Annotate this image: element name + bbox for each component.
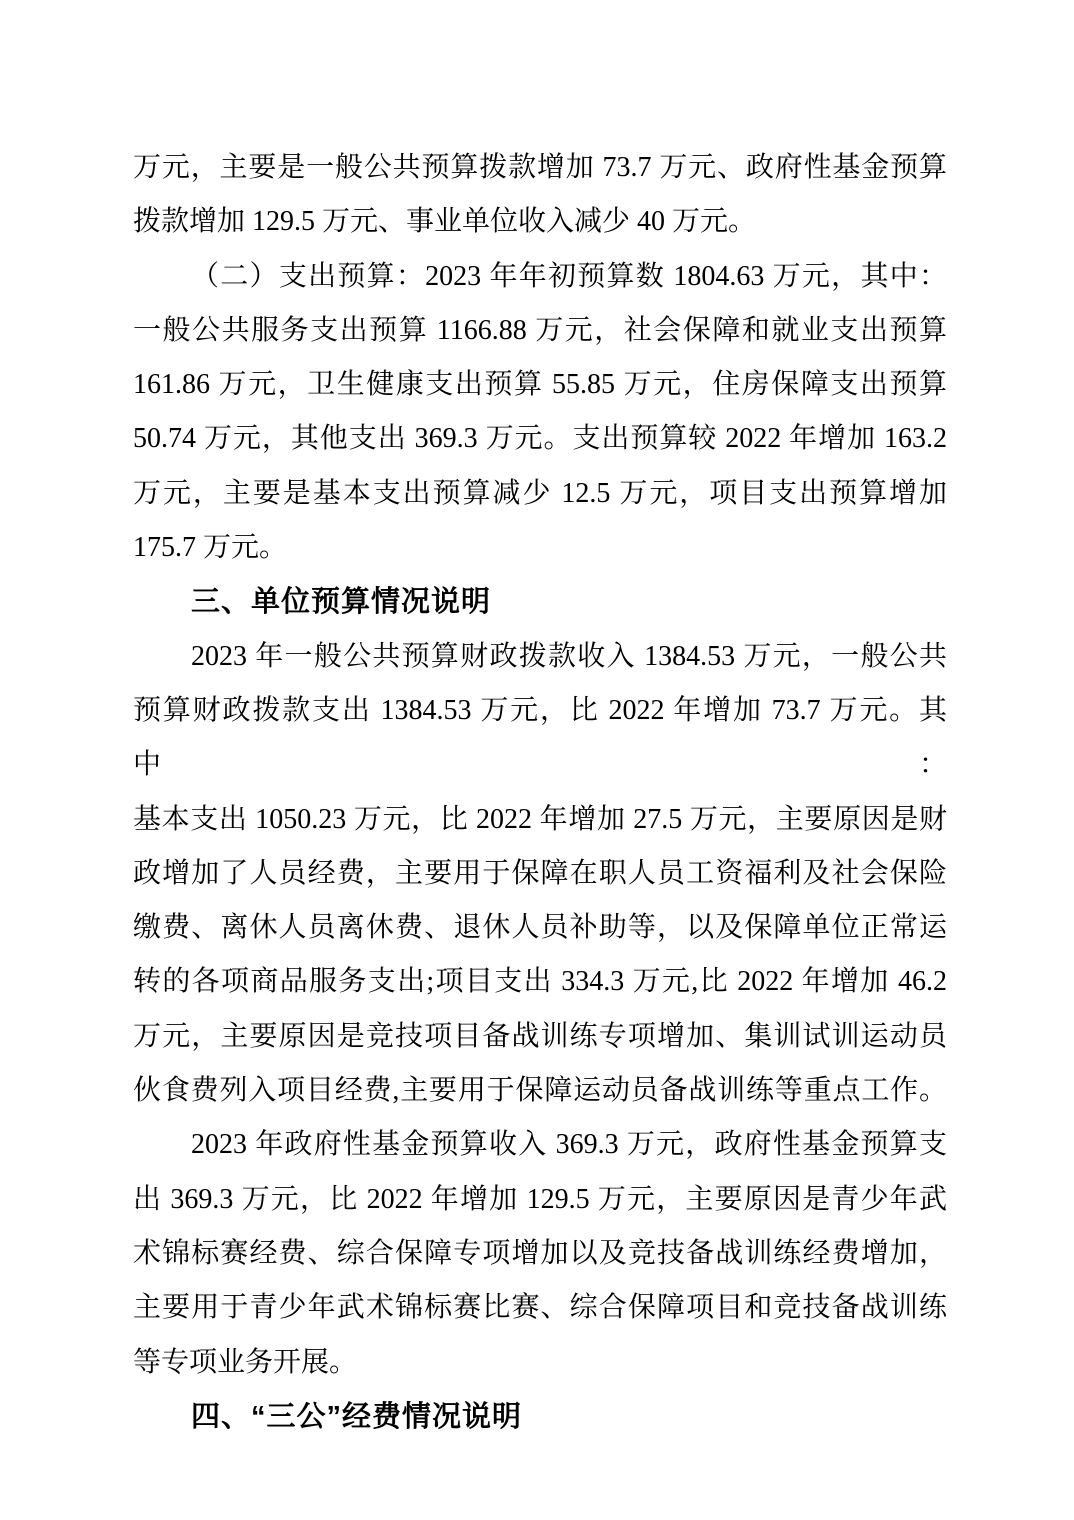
text-line: 基本支出 1050.23 万元，比 2022 年增加 27.5 万元，主要原因是… [133, 793, 947, 847]
text-line: 术锦标赛经费、综合保障专项增加以及竞技备战训练经费增加， [133, 1227, 947, 1281]
text-line: 拨款增加 129.5 万元、事业单位收入减少 40 万元。 [133, 195, 947, 249]
text-line: 161.86 万元，卫生健康支出预算 55.85 万元，住房保障支出预算 [133, 358, 947, 412]
text-line: 预算财政拨款支出 1384.53 万元，比 2022 年增加 73.7 万元。其… [133, 684, 947, 793]
text-line: 2023 年政府性基金预算收入 369.3 万元，政府性基金预算支 [133, 1118, 947, 1172]
text-line: 转的各项商品服务支出;项目支出 334.3 万元,比 2022 年增加 46.2 [133, 955, 947, 1009]
text-line: 伙食费列入项目经费,主要用于保障运动员备战训练等重点工作。 [133, 1064, 947, 1118]
text-line: 出 369.3 万元，比 2022 年增加 129.5 万元，主要原因是青少年武 [133, 1173, 947, 1227]
text-line: 缴费、离休人员离休费、退休人员补助等，以及保障单位正常运 [133, 901, 947, 955]
section-heading: 三、单位预算情况说明 [133, 575, 947, 629]
document-page: 万元，主要是一般公共预算拨款增加 73.7 万元、政府性基金预算拨款增加 129… [0, 0, 1074, 1520]
section-heading: 四、“三公”经费情况说明 [133, 1390, 947, 1444]
text-line: （二）支出预算：2023 年年初预算数 1804.63 万元，其中： [133, 250, 947, 304]
text-line: 等专项业务开展。 [133, 1336, 947, 1390]
text-line: 万元，主要是一般公共预算拨款增加 73.7 万元、政府性基金预算 [133, 141, 947, 195]
text-line: 政增加了人员经费，主要用于保障在职人员工资福利及社会保险 [133, 847, 947, 901]
text-line: 万元，主要原因是竞技项目备战训练专项增加、集训试训运动员 [133, 1010, 947, 1064]
text-line: 175.7 万元。 [133, 521, 947, 575]
document-content: 万元，主要是一般公共预算拨款增加 73.7 万元、政府性基金预算拨款增加 129… [133, 141, 947, 1444]
text-line: 2023 年一般公共预算财政拨款收入 1384.53 万元，一般公共 [133, 630, 947, 684]
text-line: 50.74 万元，其他支出 369.3 万元。支出预算较 2022 年增加 16… [133, 412, 947, 466]
text-line: 一般公共服务支出预算 1166.88 万元，社会保障和就业支出预算 [133, 304, 947, 358]
text-line: 主要用于青少年武术锦标赛比赛、综合保障项目和竞技备战训练 [133, 1281, 947, 1335]
text-line: 万元，主要是基本支出预算减少 12.5 万元，项目支出预算增加 [133, 467, 947, 521]
